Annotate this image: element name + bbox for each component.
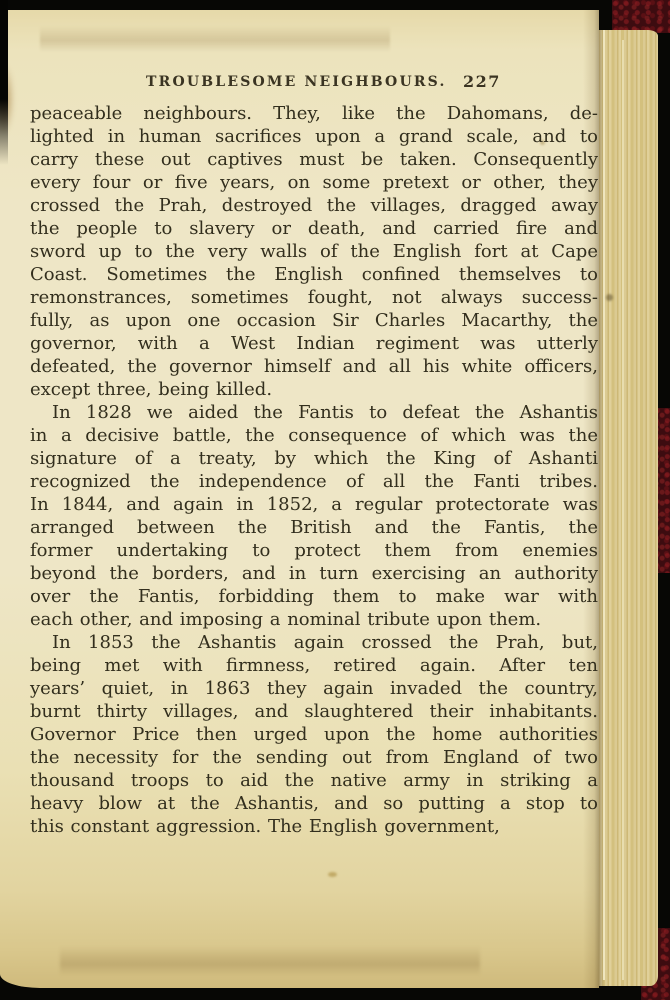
text-line: years’ quiet, in 1863 they again invaded… xyxy=(30,677,598,700)
page-edge-highlight xyxy=(603,30,605,980)
text-line: beyond the borders, and in turn exercisi… xyxy=(30,562,598,585)
book-page: TROUBLESOME NEIGHBOURS. 227 peaceable ne… xyxy=(0,10,599,988)
text-line: recognized the independence of all the F… xyxy=(30,470,598,493)
text-line: defeated, the governor himself and all h… xyxy=(30,355,598,378)
text-line: In 1828 we aided the Fantis to defeat th… xyxy=(30,401,598,424)
page-speck xyxy=(328,872,337,877)
text-line: every four or five years, on some pretex… xyxy=(30,171,598,194)
text-line: governor, with a West Indian regiment wa… xyxy=(30,332,598,355)
text-line: heavy blow at the Ashantis, and so putti… xyxy=(30,792,598,815)
text-line: sword up to the very walls of the Englis… xyxy=(30,240,598,263)
text-line: remonstrances, sometimes fought, not alw… xyxy=(30,286,598,309)
text-line: the people to slavery or death, and carr… xyxy=(30,217,598,240)
text-line: burnt thirty villages, and slaughtered t… xyxy=(30,700,598,723)
text-line: fully, as upon one occasion Sir Charles … xyxy=(30,309,598,332)
book-cover-corner-top-right xyxy=(612,0,670,33)
text-line: peaceable neighbours. They, like the Dah… xyxy=(30,102,598,125)
text-line: In 1853 the Ashantis again crossed the P… xyxy=(30,631,598,654)
text-line: former undertaking to protect them from … xyxy=(30,539,598,562)
text-line: arranged between the British and the Fan… xyxy=(30,516,598,539)
text-line: signature of a treaty, by which the King… xyxy=(30,447,598,470)
photo-shadow-top-left xyxy=(0,0,8,165)
text-line: In 1844, and again in 1852, a regular pr… xyxy=(30,493,598,516)
text-line: Coast. Sometimes the English confined th… xyxy=(30,263,598,286)
page-title: TROUBLESOME NEIGHBOURS. xyxy=(146,74,447,90)
text-line: crossed the Prah, destroyed the villages… xyxy=(30,194,598,217)
text-line: except three, being killed. xyxy=(30,378,598,401)
text-line: being met with firmness, retired again. … xyxy=(30,654,598,677)
text-line: in a decisive battle, the consequence of… xyxy=(30,424,598,447)
text-line: thousand troops to aid the native army i… xyxy=(30,769,598,792)
page-edge-highlight xyxy=(622,40,624,980)
page-shadow-top xyxy=(40,26,390,52)
text-line: Governor Price then urged upon the home … xyxy=(30,723,598,746)
text-line: the necessity for the sending out from E… xyxy=(30,746,598,769)
page-edge-speck xyxy=(606,294,613,301)
body-text: peaceable neighbours. They, like the Dah… xyxy=(30,102,598,838)
text-line: carry these out captives must be taken. … xyxy=(30,148,598,171)
running-head: TROUBLESOME NEIGHBOURS. 227 xyxy=(30,74,598,96)
text-line: over the Fantis, forbidding them to make… xyxy=(30,585,598,608)
book-photo: TROUBLESOME NEIGHBOURS. 227 peaceable ne… xyxy=(0,0,670,1000)
text-line: lighted in human sacrifices upon a grand… xyxy=(30,125,598,148)
page-edge-stack xyxy=(598,30,658,986)
page-shadow-bottom xyxy=(60,946,480,976)
text-line: this constant aggression. The English go… xyxy=(30,815,598,838)
text-line: each other, and imposing a nominal tribu… xyxy=(30,608,598,631)
page-number: 227 xyxy=(463,72,501,91)
